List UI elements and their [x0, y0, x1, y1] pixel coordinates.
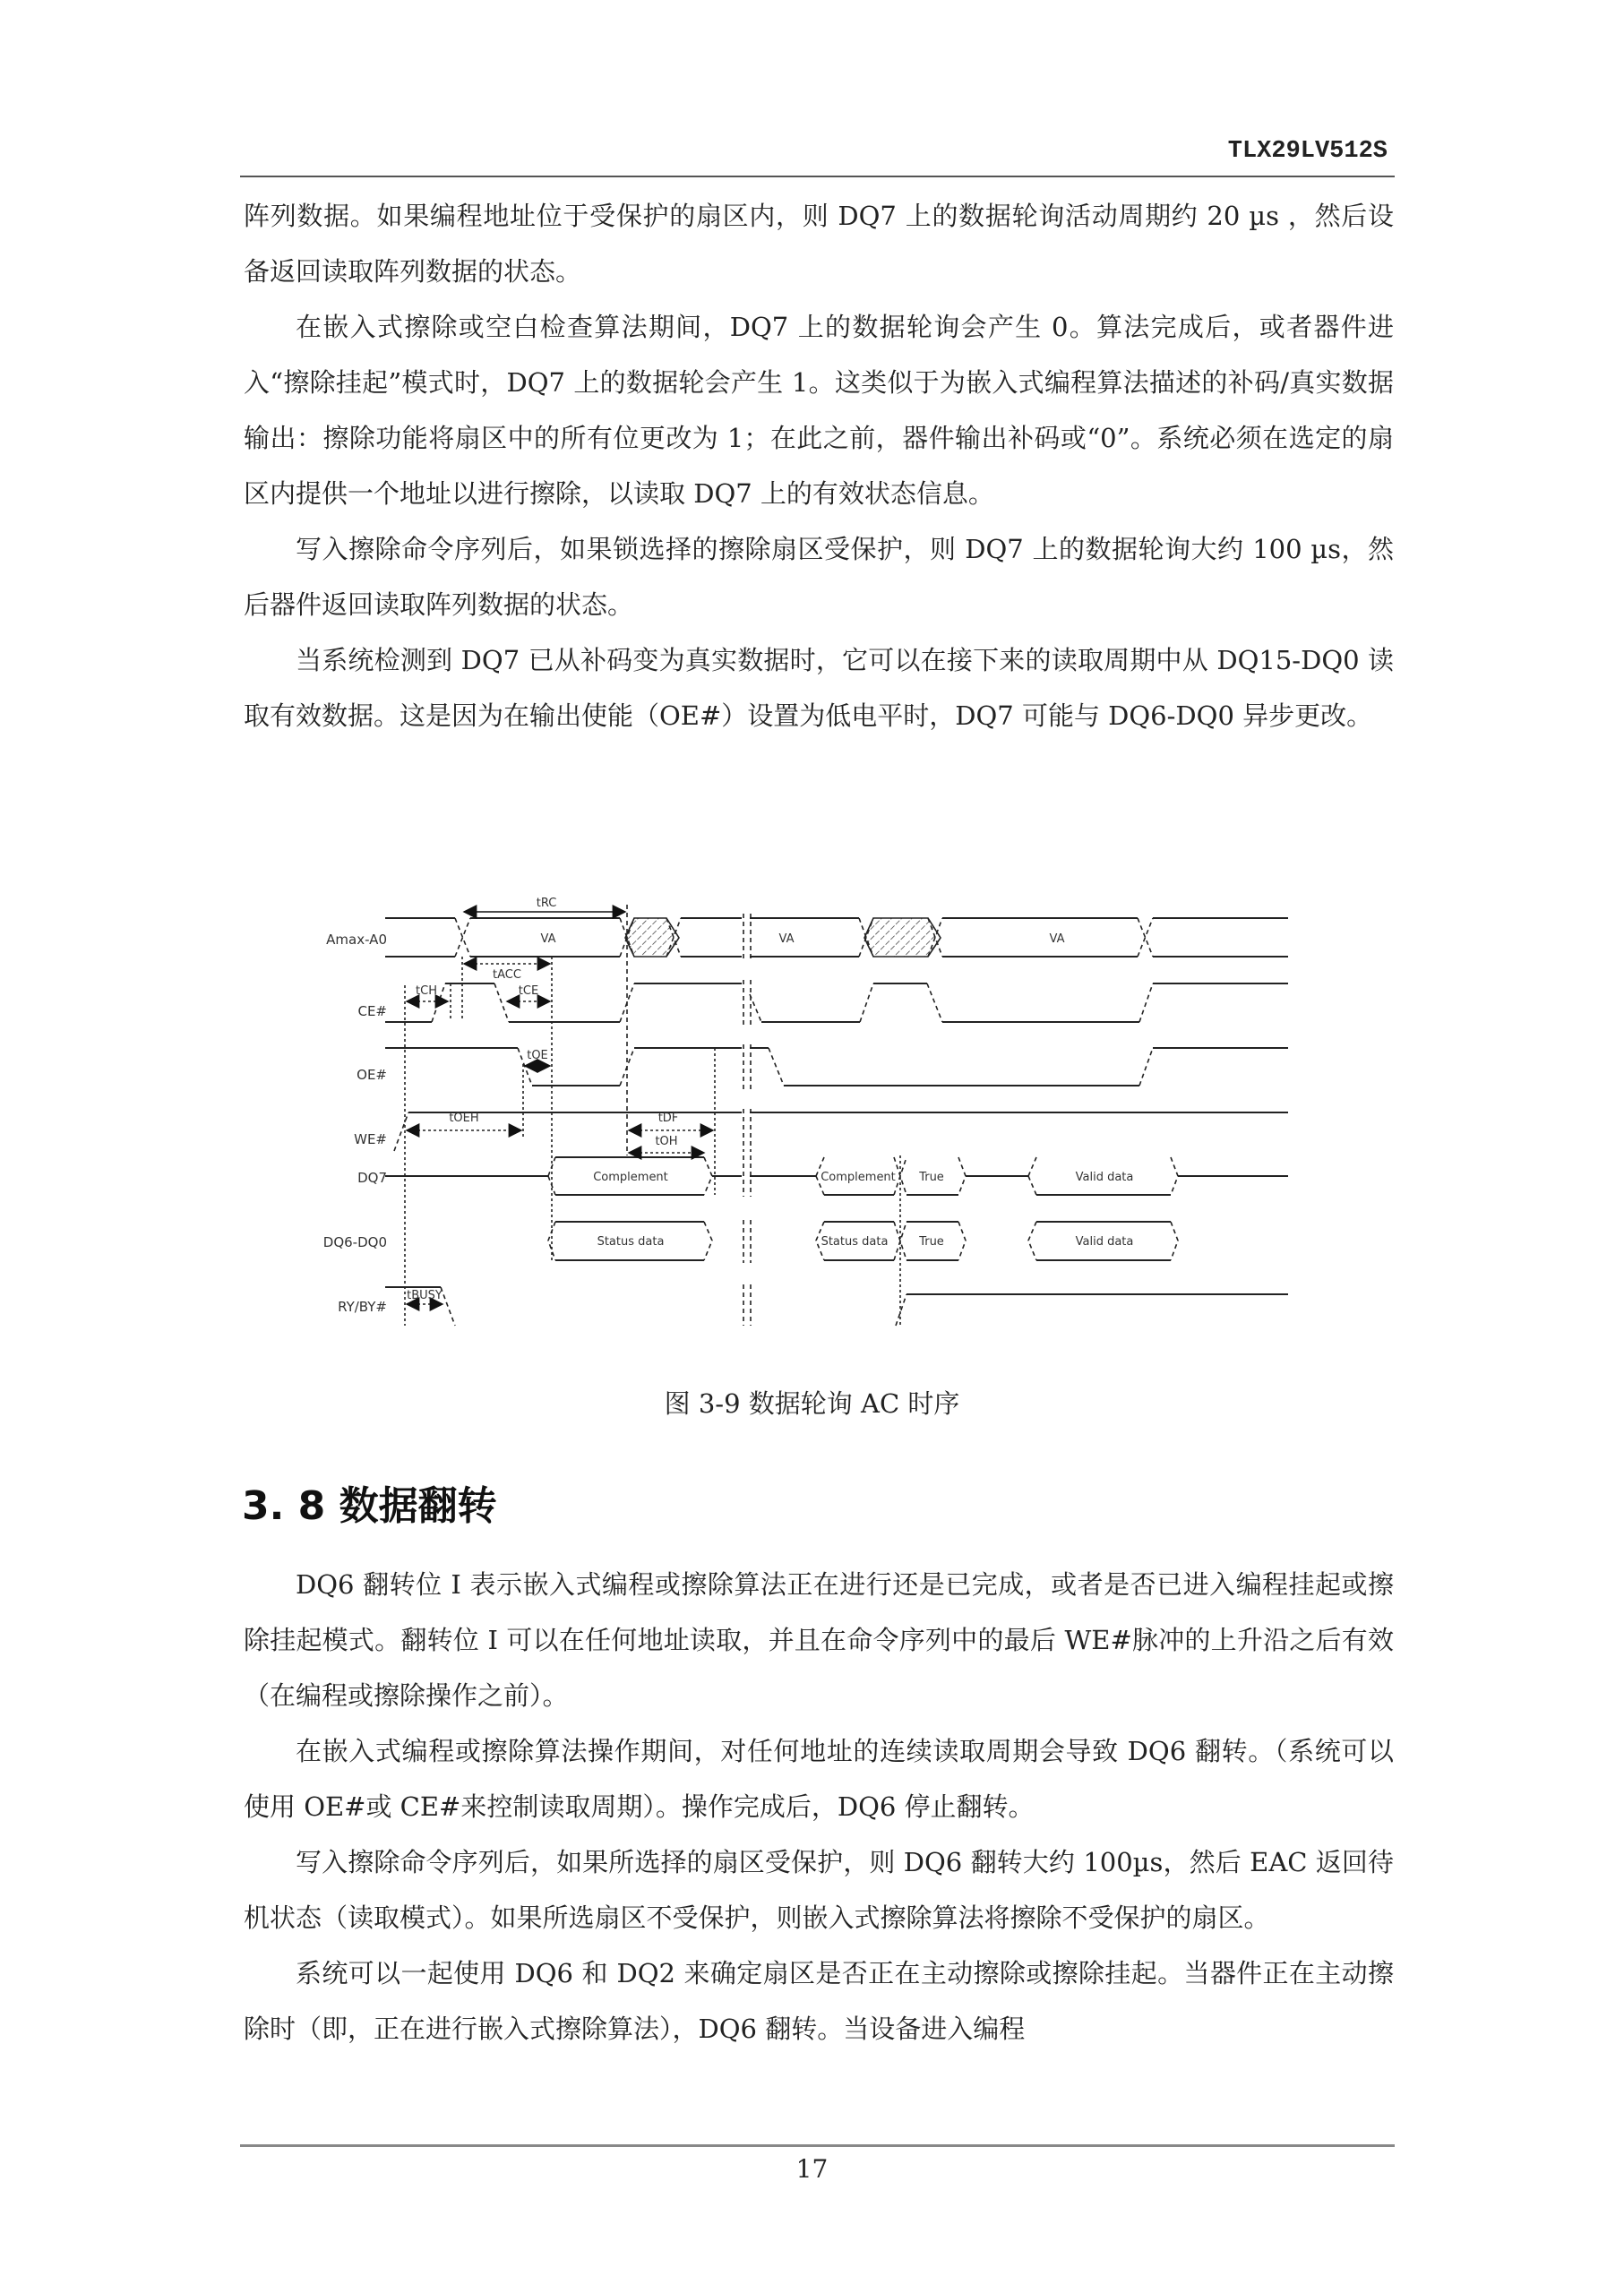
signal-label-we: WE#	[354, 1131, 387, 1147]
reference-lines	[405, 905, 900, 1326]
timing-label-tacc: tACC	[493, 968, 521, 982]
page-header: TLX29LV512S	[240, 134, 1395, 177]
timing-label-toe: tOE	[527, 1049, 548, 1062]
timing-diagram: Amax-A0 CE# OE# WE# DQ7 DQ6-DQ0 RY/BY# V…	[305, 887, 1317, 1344]
bus-value-status-data: Status data	[821, 1235, 889, 1249]
dq6-dq0-waveform: Status data Status data True Valid data	[548, 1222, 1178, 1260]
bus-value-true: True	[918, 1171, 944, 1184]
dq7-waveform: Complement Complement True Valid data	[385, 1157, 1288, 1195]
timing-label-toh: tOH	[655, 1135, 677, 1148]
timing-annotations: tRC tACC tCH tCE tOE tOEH tDF tOH tBUSY	[407, 897, 713, 1304]
paragraph: 在嵌入式编程或擦除算法操作期间，对任何地址的连续读取周期会导致 DQ6 翻转。（…	[244, 1723, 1394, 1834]
paragraph: 阵列数据。如果编程地址位于受保护的扇区内，则 DQ7 上的数据轮询活动周期约 2…	[244, 188, 1394, 299]
signal-label-ry-by: RY/BY#	[338, 1299, 387, 1315]
bus-value-va: VA	[1050, 932, 1065, 946]
signal-label-address: Amax-A0	[326, 932, 387, 948]
figure-caption: 图 3-9 数据轮询 AC 时序	[0, 1384, 1624, 1421]
page-number: 17	[0, 2154, 1624, 2184]
timing-label-tbusy: tBUSY	[407, 1289, 443, 1302]
signal-label-dq6-dq0: DQ6-DQ0	[323, 1234, 387, 1250]
body-text-block-1: 阵列数据。如果编程地址位于受保护的扇区内，则 DQ7 上的数据轮询活动周期约 2…	[244, 188, 1394, 743]
bus-value-valid-data: Valid data	[1076, 1171, 1134, 1184]
paragraph: 写入擦除命令序列后，如果锁选择的擦除扇区受保护，则 DQ7 上的数据轮询大约 1…	[244, 521, 1394, 632]
section-heading: 3. 8 数据翻转	[242, 1473, 497, 1531]
signal-label-oe: OE#	[357, 1067, 387, 1083]
bus-value-true: True	[918, 1235, 944, 1249]
timing-label-toeh: tOEH	[449, 1112, 478, 1125]
break-marks	[743, 914, 751, 1326]
bus-value-complement: Complement	[821, 1171, 896, 1184]
paragraph: 系统可以一起使用 DQ6 和 DQ2 来确定扇区是否正在主动擦除或擦除挂起。当器…	[244, 1945, 1394, 2057]
signal-label-dq7: DQ7	[357, 1170, 387, 1186]
bus-value-va: VA	[779, 932, 795, 946]
timing-label-tce: tCE	[519, 984, 538, 998]
bus-value-va: VA	[541, 932, 556, 946]
document-title: TLX29LV512S	[1228, 138, 1388, 165]
bus-value-status-data: Status data	[597, 1235, 665, 1249]
oe-waveform	[385, 1048, 1288, 1086]
paragraph: DQ6 翻转位 I 表示嵌入式编程或擦除算法正在进行还是已完成，或者是否已进入编…	[244, 1557, 1394, 1723]
timing-label-tdf: tDF	[658, 1112, 679, 1125]
address-waveform: VA VA VA	[385, 918, 1288, 957]
paragraph: 当系统检测到 DQ7 已从补码变为真实数据时，它可以在接下来的读取周期中从 DQ…	[244, 632, 1394, 743]
body-text-block-2: DQ6 翻转位 I 表示嵌入式编程或擦除算法正在进行还是已完成，或者是否已进入编…	[244, 1557, 1394, 2057]
timing-label-tch: tCH	[416, 984, 437, 998]
paragraph: 在嵌入式擦除或空白检查算法期间，DQ7 上的数据轮询会产生 0。算法完成后，或者…	[244, 299, 1394, 521]
ry-by-waveform	[385, 1287, 1288, 1326]
signal-label-ce: CE#	[357, 1003, 387, 1019]
bus-value-complement: Complement	[593, 1171, 668, 1184]
footer-rule	[240, 2144, 1395, 2147]
paragraph: 写入擦除命令序列后，如果所选择的扇区受保护，则 DQ6 翻转大约 100µs，然…	[244, 1834, 1394, 1945]
timing-label-trc: tRC	[537, 897, 557, 910]
bus-value-valid-data: Valid data	[1076, 1235, 1134, 1249]
we-waveform	[394, 1112, 1288, 1151]
